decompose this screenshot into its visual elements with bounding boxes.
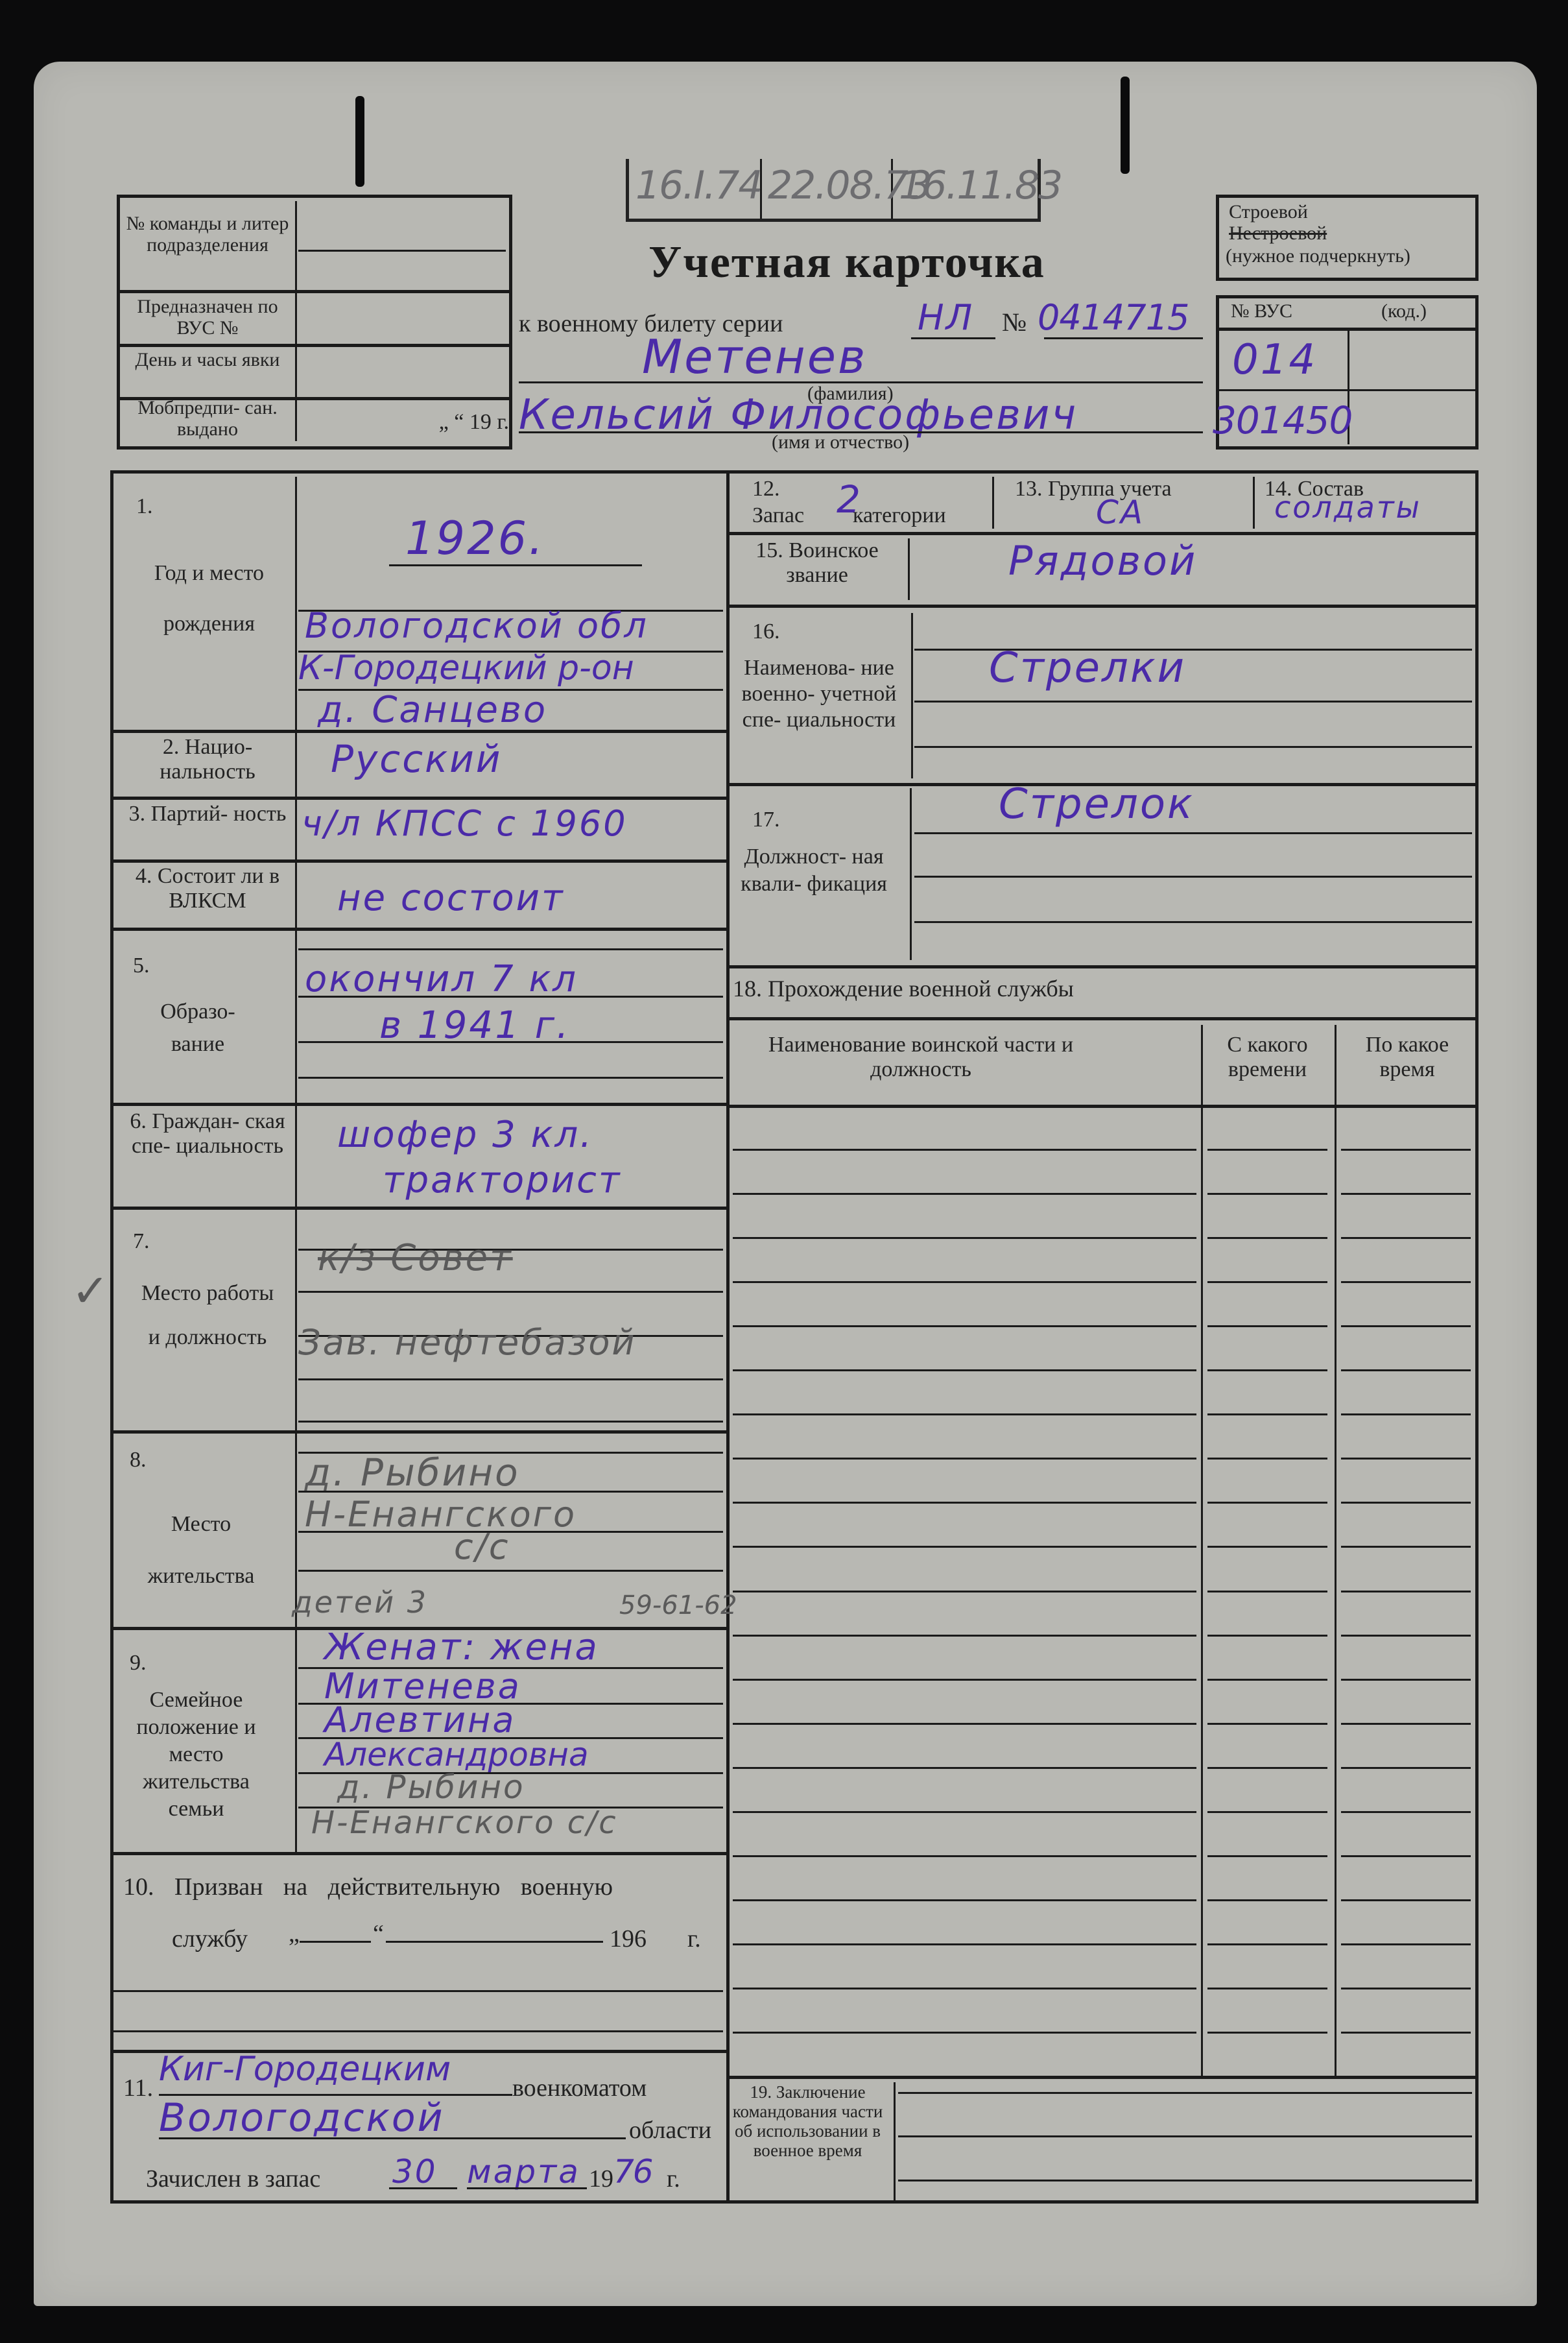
field-8-number: 8. xyxy=(130,1448,147,1472)
service-table-row-line xyxy=(733,1237,1196,1239)
vus-extra-value: 301450 xyxy=(1213,401,1352,440)
column-to-date: По какое время xyxy=(1342,1033,1472,1082)
service-table-row-line xyxy=(1341,1325,1471,1327)
military-specialty-value: Стрелки xyxy=(989,649,1186,688)
field-15-label: 15. Воинское звание xyxy=(730,538,905,588)
service-table-row-line xyxy=(1341,1369,1471,1371)
service-table-row-line xyxy=(733,1193,1196,1195)
service-table-row-line xyxy=(1207,1502,1327,1504)
qualification-value: Стрелок xyxy=(999,785,1194,824)
field-2-label: 2. Нацио- нальность xyxy=(123,735,292,784)
field-13-label: 13. Группа учета xyxy=(1015,477,1172,501)
service-table-row-line xyxy=(733,1502,1196,1504)
field-10-service-label: службу xyxy=(172,1927,248,1951)
service-table-row-line xyxy=(733,1458,1196,1460)
komsomol-value: не состоит xyxy=(337,879,565,918)
service-table-row-line xyxy=(733,1855,1196,1857)
service-table-row-line xyxy=(1207,1811,1327,1813)
service-table-row-line xyxy=(733,1988,1196,1989)
service-table-row-line xyxy=(733,1943,1196,1945)
service-table-row-line xyxy=(733,2032,1196,2034)
field-5-number: 5. xyxy=(133,954,150,978)
residence-line-2: Н-Енангского xyxy=(305,1495,576,1534)
field-4-text: Состоит ли в ВЛКСМ xyxy=(158,864,279,913)
field-10-label: 10. Призван на действительную военную xyxy=(123,1875,613,1899)
field-4-label: 4. Состоит ли в ВЛКСМ xyxy=(123,864,292,913)
field-10-year-suffix: г. xyxy=(687,1927,701,1951)
field-7-label: Место работы и должность xyxy=(136,1271,279,1360)
service-table-row-line xyxy=(733,1546,1196,1548)
duty-hint: (нужное подчеркнуть) xyxy=(1226,245,1410,267)
service-table-row-line xyxy=(733,1679,1196,1681)
residence-note-years: 59-61-62 xyxy=(619,1586,737,1625)
enlisted-month: марта xyxy=(467,2152,580,2191)
civil-specialty-line-1: шофер 3 кл. xyxy=(337,1116,593,1155)
family-line-3: Алевтина xyxy=(324,1701,516,1740)
service-table-row-line xyxy=(1207,1899,1327,1901)
education-line-2: в 1941 г. xyxy=(379,1005,571,1044)
service-table-title: 18. Прохождение военной службы xyxy=(733,976,1074,1001)
service-table-row-line xyxy=(1341,1193,1471,1195)
oblast-label: области xyxy=(629,2118,711,2143)
service-table-row-line xyxy=(1207,1679,1327,1681)
field-3-text: Партий- ность xyxy=(151,802,287,826)
service-table-row-line xyxy=(1341,1988,1471,1989)
field-12-label: Запас xyxy=(752,503,804,528)
account-group-value: СА xyxy=(1096,493,1145,532)
surname-value: Метенев xyxy=(642,337,867,376)
service-table-row-line xyxy=(1341,1899,1471,1901)
service-table-row-line xyxy=(733,1635,1196,1637)
military-id-series: НЛ xyxy=(918,298,974,337)
family-line-5: д. Рыбино xyxy=(337,1768,525,1807)
service-table-row-line xyxy=(1207,1413,1327,1415)
service-table-row-line xyxy=(1341,1237,1471,1239)
service-table-row-line xyxy=(1341,1635,1471,1637)
field-6-label: 6. Граждан- ская спе- циальность xyxy=(123,1109,292,1159)
workplace-line-2: Зав. нефтебазой xyxy=(298,1323,636,1362)
service-table-row-line xyxy=(733,1811,1196,1813)
enlisted-year: 76 xyxy=(613,2152,652,2191)
service-table-row-line xyxy=(1207,1855,1327,1857)
vus-label: № ВУС xyxy=(1231,300,1292,322)
service-table-row-line xyxy=(1341,1281,1471,1283)
service-table-row-line xyxy=(733,1723,1196,1725)
label-mob-order: Мобпредпи- сан. выдано xyxy=(123,397,292,440)
birth-district: К-Городецкий р-он xyxy=(298,649,634,688)
service-table-row-line xyxy=(733,1413,1196,1415)
family-line-6: Н-Енангского с/с xyxy=(311,1803,618,1842)
vus-code-label: (код.) xyxy=(1381,300,1427,322)
service-table-row-line xyxy=(733,1767,1196,1769)
enlisted-year-suffix: г. xyxy=(667,2167,680,2191)
service-table-row-line xyxy=(1341,2032,1471,2034)
voenkomat-label: военкоматом xyxy=(512,2076,647,2100)
service-table-row-line xyxy=(1207,1988,1327,1989)
service-table-row-line xyxy=(1341,1546,1471,1548)
tear-mark-left xyxy=(355,96,364,187)
duty-non-frontline: Нестроевой xyxy=(1229,222,1327,244)
birth-region: Вологодской обл xyxy=(305,607,648,645)
field-17-label: Должност- ная квали- фикация xyxy=(736,843,892,898)
service-table-row-line xyxy=(1207,1193,1327,1195)
service-table-row-line xyxy=(1341,1679,1471,1681)
service-table-row-line xyxy=(1207,1458,1327,1460)
service-table-row-line xyxy=(1207,2032,1327,2034)
oblast-value: Вологодской xyxy=(159,2098,445,2137)
nationality-value: Русский xyxy=(331,739,503,778)
enlisted-day: 30 xyxy=(392,2152,438,2191)
field-5-label: Образо- вание xyxy=(143,996,253,1061)
civil-specialty-line-2: тракторист xyxy=(383,1161,622,1200)
service-table-row-line xyxy=(1207,1281,1327,1283)
service-table-row-line xyxy=(1341,1458,1471,1460)
field-7-number: 7. xyxy=(133,1229,150,1254)
margin-checkmark-icon: ✓ xyxy=(71,1271,112,1310)
column-from-date: С какого времени xyxy=(1207,1033,1327,1082)
service-table-row-line xyxy=(733,1149,1196,1151)
service-table-row-line xyxy=(1207,1635,1327,1637)
service-table-row-line xyxy=(1341,1811,1471,1813)
service-table-row-line xyxy=(1207,1723,1327,1725)
field-16-number: 16. xyxy=(752,619,780,644)
field-9-number: 9. xyxy=(130,1651,147,1676)
field-12-number: 12. xyxy=(752,477,780,501)
field-16-label: Наименова- ние военно- учетной спе- циал… xyxy=(731,655,907,733)
field-2-number: 2. xyxy=(163,735,180,759)
field-6-number: 6. xyxy=(130,1109,147,1133)
field-4-number: 4. xyxy=(136,864,152,888)
service-table-row-line xyxy=(1341,1855,1471,1857)
field-11-number: 11. xyxy=(123,2076,153,2100)
field-10-year: 196 xyxy=(610,1927,647,1951)
stamp-date-3: 16.11.83 xyxy=(899,163,1062,208)
number-sign: № xyxy=(1002,310,1027,335)
mob-order-date: „ “ 19 г. xyxy=(302,410,509,435)
service-table-row-line xyxy=(1207,1943,1327,1945)
service-table-row-line xyxy=(1341,1723,1471,1725)
rank-value: Рядовой xyxy=(1008,542,1197,581)
service-table-row-line xyxy=(1341,1502,1471,1504)
field-10-quote-close: “ xyxy=(373,1921,384,1946)
family-line-1: Женат: жена xyxy=(324,1628,599,1667)
field-8-label: Место жительства xyxy=(130,1498,272,1602)
education-line-1: окончил 7 кл xyxy=(305,960,578,999)
field-9-label: Семейное положение и место жительства се… xyxy=(120,1687,272,1823)
service-table-row-line xyxy=(1341,1591,1471,1592)
service-table-row-line xyxy=(733,1281,1196,1283)
name-patronymic-value: Кельсий Философьевич xyxy=(519,396,1078,435)
tear-mark-right xyxy=(1121,77,1130,174)
workplace-line-1: к/з Совет xyxy=(318,1239,513,1278)
voenkomat-value: Киг-Городецким xyxy=(159,2050,451,2089)
service-table-row-line xyxy=(1207,1325,1327,1327)
residence-line-1: д. Рыбино xyxy=(305,1453,520,1492)
field-1-label: Год и место рождения xyxy=(130,548,289,649)
enlisted-label: Зачислен в запас xyxy=(146,2167,320,2191)
field-12-label-2: категории xyxy=(853,503,946,528)
service-table-row-line xyxy=(1207,1369,1327,1371)
party-value: ч/л КПСС с 1960 xyxy=(302,804,628,843)
field-6-text: Граждан- ская спе- циальность xyxy=(132,1109,285,1158)
stamp-date-1: 16.І.74 xyxy=(636,163,762,208)
service-table-row-line xyxy=(733,1369,1196,1371)
column-unit-position: Наименование воинской части и должность xyxy=(746,1033,1096,1082)
label-report-time: День и часы явки xyxy=(123,349,292,370)
birth-village: д. Санцево xyxy=(318,691,547,730)
service-table-row-line xyxy=(1341,1943,1471,1945)
residence-line-3: с/с xyxy=(454,1528,510,1567)
service-table-row-line xyxy=(1207,1546,1327,1548)
service-table-row-line xyxy=(1341,1413,1471,1415)
field-1-number: 1. xyxy=(136,494,153,519)
field-17-number: 17. xyxy=(752,808,780,832)
duty-frontline: Строевой xyxy=(1229,201,1308,222)
service-table-row-line xyxy=(1341,1149,1471,1151)
field-19-label: 19. Заключение командования части об исп… xyxy=(725,2056,890,2160)
service-table-row-line xyxy=(1207,1237,1327,1239)
residence-note-children: детей 3 xyxy=(292,1583,428,1622)
page-title: Учетная карточка xyxy=(648,237,1045,289)
field-3-number: 3. xyxy=(129,802,146,826)
service-table-row-line xyxy=(1341,1767,1471,1769)
field-10-quote-open: „ xyxy=(289,1921,300,1946)
service-table-row-line xyxy=(733,1591,1196,1592)
label-command-number: № команды и литер подразделения xyxy=(123,213,292,256)
composition-value: солдаты xyxy=(1274,488,1421,527)
military-id-number: 0414715 xyxy=(1038,298,1189,337)
service-table-row-line xyxy=(1207,1591,1327,1592)
service-table-row-line xyxy=(733,1899,1196,1901)
service-table-row-line xyxy=(1207,1149,1327,1151)
label-vus-assigned: Предназначен по ВУС № xyxy=(123,296,292,339)
enlisted-year-prefix: 19 xyxy=(589,2167,613,2191)
date-stamp-box: 16.І.74 22.08.73 16.11.83 xyxy=(626,159,1041,222)
birth-year: 1926. xyxy=(405,519,545,558)
vus-value: 014 xyxy=(1232,341,1317,379)
service-table-row-line xyxy=(1207,1767,1327,1769)
field-3-label: 3. Партий- ность xyxy=(123,802,292,826)
service-table-row-line xyxy=(733,1325,1196,1327)
name-caption: (имя и отчество) xyxy=(772,431,909,453)
